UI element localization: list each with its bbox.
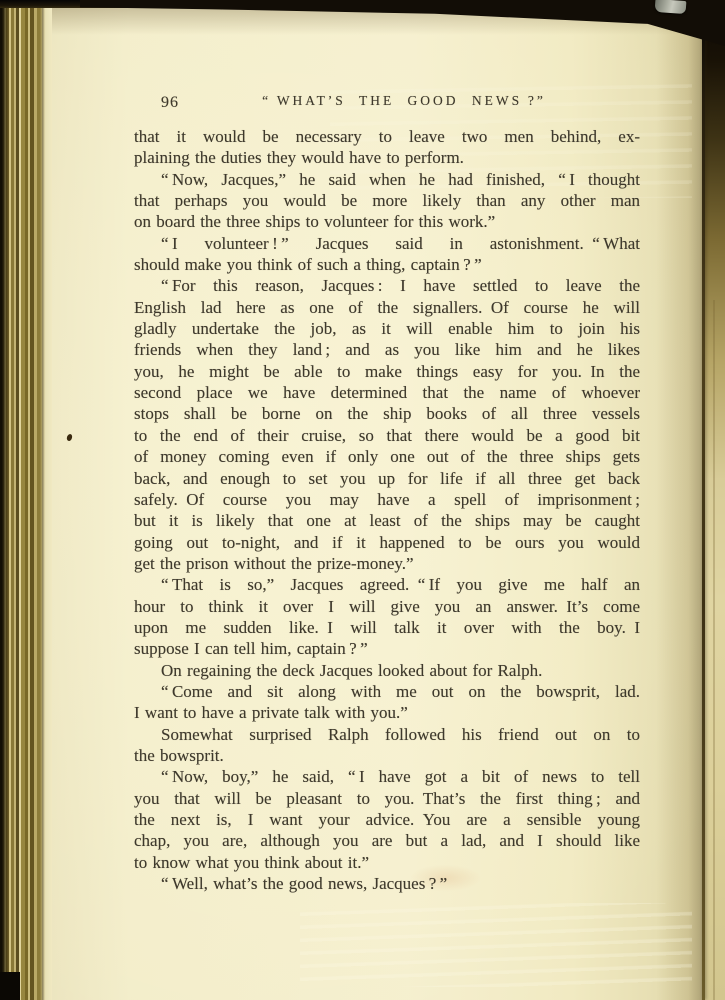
text-line: on board the three ships to volunteer fo… xyxy=(134,211,640,232)
text-line: plaining the duties they would have to p… xyxy=(134,147,640,168)
running-header: “ WHAT’S THE GOOD NEWS ?” xyxy=(134,93,640,109)
text-line: stops shall be borne on the ship books o… xyxy=(134,403,640,424)
text-line: safely. Of course you may have a spell o… xyxy=(134,489,640,510)
text-line: gladly undertake the job, as it will ena… xyxy=(134,318,640,339)
text-line: English lad here as one of the signaller… xyxy=(134,297,640,318)
book-gutter-edge xyxy=(702,0,725,1000)
text-line: Somewhat surprised Ralph followed his fr… xyxy=(134,724,640,745)
text-line: “ Now, boy,” he said, “ I have got a bit… xyxy=(134,766,640,787)
text-line: chap, you are, although you are but a la… xyxy=(134,830,640,851)
text-line: suppose I can tell him, captain ? ” xyxy=(134,638,640,659)
text-line: “ Well, what’s the good news, Jacques ? … xyxy=(134,873,640,894)
text-line: “ Come and sit along with me out on the … xyxy=(134,681,640,702)
text-line: I want to have a private talk with you.” xyxy=(134,702,640,723)
text-line: to the end of their cruise, so that ther… xyxy=(134,425,640,446)
text-line: On regaining the deck Jacques looked abo… xyxy=(134,660,640,681)
text-line: back, and enough to set you up for life … xyxy=(134,468,640,489)
book-page-edges xyxy=(0,0,52,1000)
scan-glare xyxy=(300,903,692,987)
text-line: upon me sudden like. I will talk it over… xyxy=(134,617,640,638)
text-line: that it would be necessary to leave two … xyxy=(134,126,640,147)
text-line: “ I volunteer ! ” Jacques said in astoni… xyxy=(134,233,640,254)
page-content: 96 “ WHAT’S THE GOOD NEWS ?” that it wou… xyxy=(134,93,640,894)
page-text: that it would be necessary to leave two … xyxy=(134,126,640,894)
text-line: “ For this reason, Jacques : I have sett… xyxy=(134,275,640,296)
text-line: get the prison without the prize-money.” xyxy=(134,553,640,574)
text-line: the next is, I want your advice. You are… xyxy=(134,809,640,830)
text-line: friends when they land ; and as you like… xyxy=(134,339,640,360)
text-line: going out to-night, and if it happened t… xyxy=(134,532,640,553)
page-number: 96 xyxy=(161,94,179,112)
page-holder-clip-icon xyxy=(655,0,687,14)
text-line: of money coming even if only one out of … xyxy=(134,446,640,467)
text-line: that perhaps you would be more likely th… xyxy=(134,190,640,211)
text-line: hour to think it over I will give you an… xyxy=(134,596,640,617)
text-line: should make you think of such a thing, c… xyxy=(134,254,640,275)
page-header: 96 “ WHAT’S THE GOOD NEWS ?” xyxy=(134,93,640,113)
text-line: you, he might be able to make things eas… xyxy=(134,361,640,382)
text-line: the bowsprit. xyxy=(134,745,640,766)
book-photo: 96 “ WHAT’S THE GOOD NEWS ?” that it wou… xyxy=(0,0,725,1000)
text-line: “ Now, Jacques,” he said when he had fin… xyxy=(134,169,640,190)
text-line: but it is likely that one at least of th… xyxy=(134,510,640,531)
text-line: you that will be pleasant to you. That’s… xyxy=(134,788,640,809)
text-line: second place we have determined that the… xyxy=(134,382,640,403)
text-line: “ That is so,” Jacques agreed. “ If you … xyxy=(134,574,640,595)
text-line: to know what you think about it.” xyxy=(134,852,640,873)
